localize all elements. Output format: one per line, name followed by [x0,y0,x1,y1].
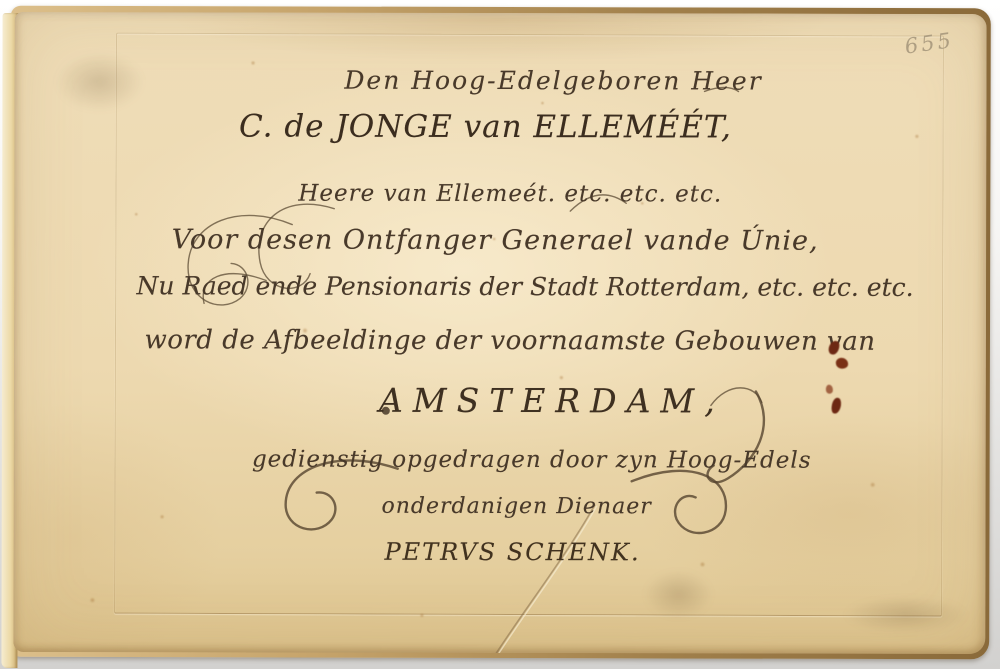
foxing-spot [302,328,308,334]
foxing-spot [559,375,564,380]
photograph-backdrop: Den Hoog-Edelgeboren Heer C. de JONGE va… [0,0,1000,669]
foxing-spot [914,134,919,139]
foxing-spot [251,60,256,65]
city-title-amsterdam: AMSTERDAM, [66,383,987,418]
dedicatee-office-line-2: Nu Raed ende Pensionaris der Stadt Rotte… [39,273,987,300]
dedicatee-title-line: Heere van Ellemeét. etc. etc. etc. [24,182,986,207]
engraver-name: PETRVS SCHENK. [27,539,987,565]
foxing-spot [492,237,496,241]
foxing-spot [134,212,138,216]
dedication-closing-line-2: onderdanigen Dienaer [31,495,987,519]
foxing-spot [640,201,644,205]
album-title-page: Den Hoog-Edelgeboren Heer C. de JONGE va… [13,12,986,654]
paper-smudge [54,52,144,112]
foxing-spot [160,514,165,519]
foxing-spot [870,482,876,488]
paper-smudge [643,569,713,619]
dedication-closing-line-1: gedienstig opgedragen door zyn Hoog-Edel… [46,448,987,473]
foxing-spot [540,101,544,105]
foxing-spot [419,613,424,618]
dedicatee-name: C. de JONGE van ELLEMÉÉT, [13,111,971,144]
foxing-spot [700,561,706,567]
dedication-line-honorific: Den Hoog-Edelgeboren Heer [68,67,987,94]
dedicatee-office-line-1: Voor desen Ontfanger Generael vande Únie… [13,226,981,255]
ink-stain [826,385,833,394]
foxing-spot [89,597,95,603]
dedication-statement-line: word de Afbeeldinge der voornaamste Gebo… [24,327,987,355]
paper-smudge [843,596,968,634]
